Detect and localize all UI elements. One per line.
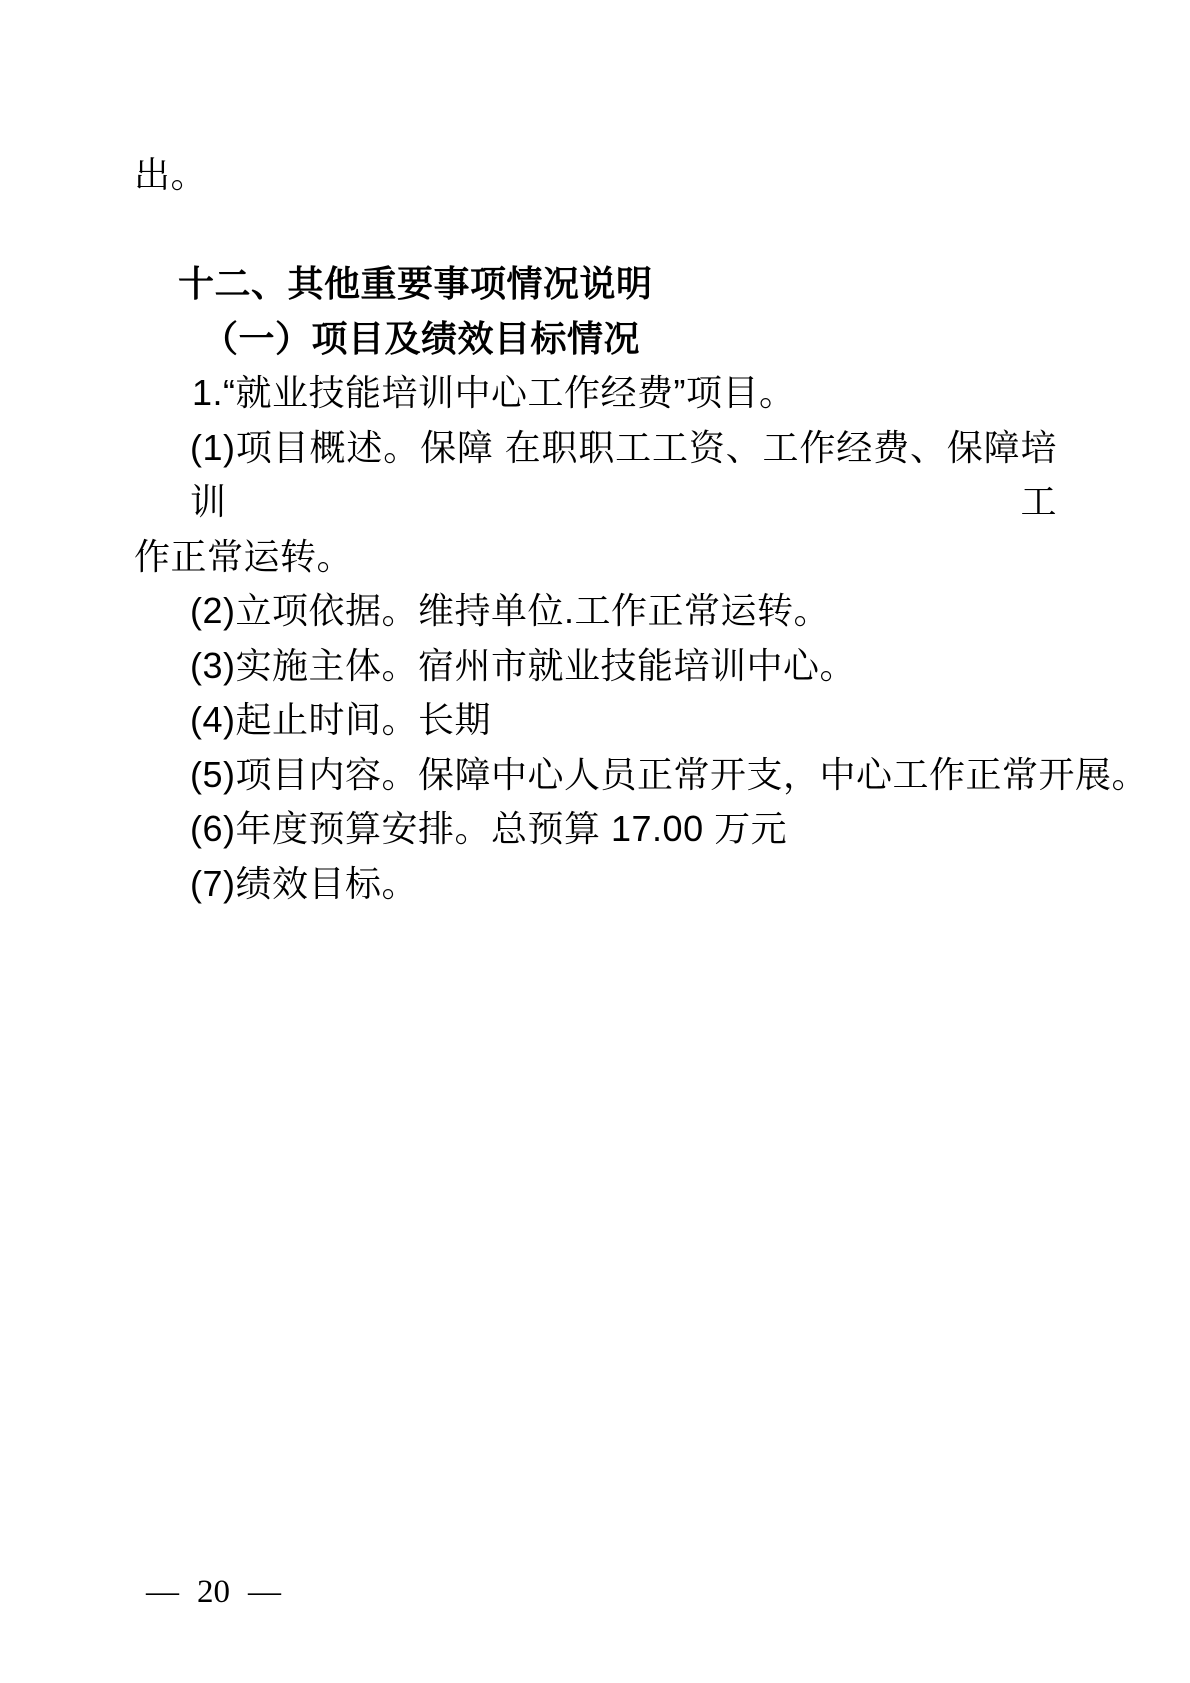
item-6-annual-budget: (6)年度预算安排。总预算 17.00 万元 (134, 802, 1057, 857)
item-4-time-period: (4)起止时间。长期 (134, 693, 1057, 748)
page-number: 20 (197, 1574, 230, 1611)
footer-dash-right: — (248, 1574, 281, 1611)
item-5-project-content: (5)项目内容。保障中心人员正常开支，中心工作正常开展。 (134, 748, 1057, 803)
item-7-performance-goal: (7)绩效目标。 (134, 857, 1057, 912)
section-heading: 十二、其他重要事项情况说明 (134, 257, 1057, 312)
document-body: 出。 十二、其他重要事项情况说明 （一）项目及绩效目标情况 1.“就业技能培训中… (134, 148, 1057, 911)
subsection-heading: （一）项目及绩效目标情况 (134, 312, 1057, 367)
item-2-project-basis: (2)立项依据。维持单位.工作正常运转。 (134, 584, 1057, 639)
project-title: 1.“就业技能培训中心工作经费”项目。 (134, 366, 1057, 421)
item-3-implementing-body: (3)实施主体。宿州市就业技能培训中心。 (134, 639, 1057, 694)
page-footer: — 20 — (146, 1574, 281, 1611)
intro-continuation-line: 出。 (134, 148, 1057, 203)
item-1-project-overview-line-1: (1)项目概述。保障 在职职工工资、工作经费、保障培训工 (134, 421, 1057, 530)
document-page: 出。 十二、其他重要事项情况说明 （一）项目及绩效目标情况 1.“就业技能培训中… (0, 0, 1190, 1683)
item-1-project-overview-line-2: 作正常运转。 (134, 530, 1057, 585)
footer-dash-left: — (146, 1574, 179, 1611)
